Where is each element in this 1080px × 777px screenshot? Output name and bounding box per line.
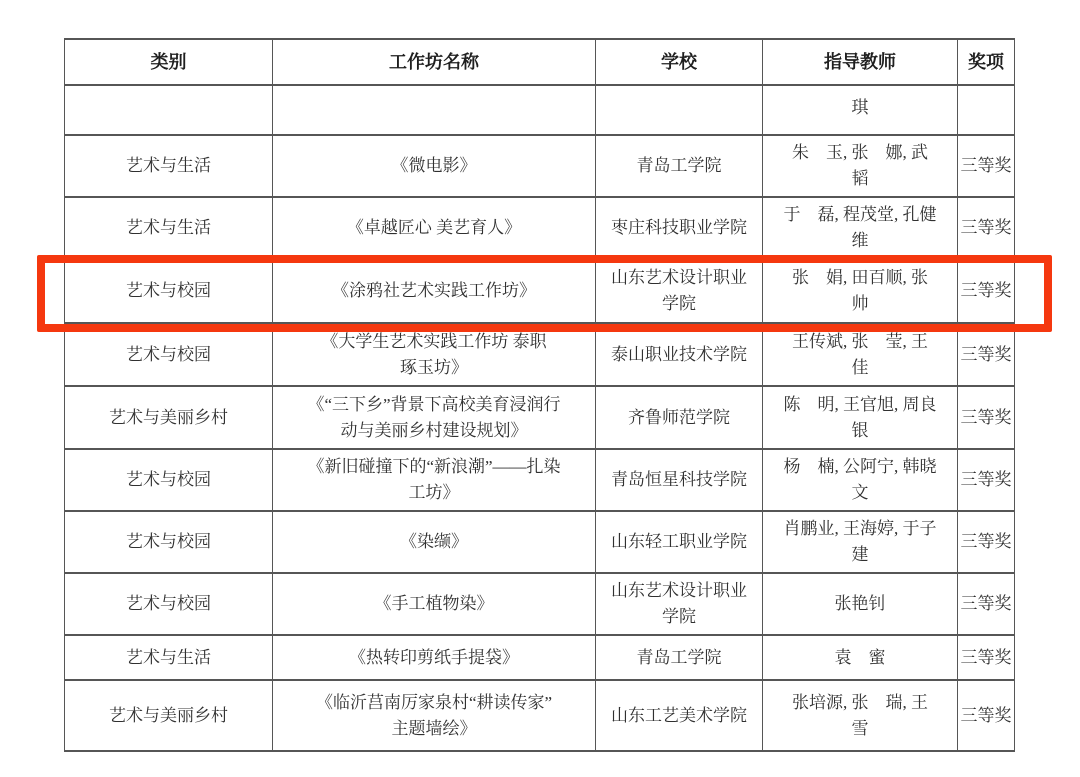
table-row: 艺术与美丽乡村《“三下乡”背景下高校美育浸润行 动与美丽乡村建设规划》齐鲁师范学… [65, 386, 1015, 449]
col-header-workshop-name: 工作坊名称 [273, 39, 596, 85]
category-cell: 艺术与生活 [65, 197, 273, 259]
table-body: 琪艺术与生活《微电影》青岛工学院朱 玉, 张 娜, 武 韬三等奖艺术与生活《卓越… [65, 85, 1015, 751]
category-cell: 艺术与校园 [65, 573, 273, 635]
workshop-cell: 《卓越匠心 美艺育人》 [273, 197, 596, 259]
category-cell: 艺术与校园 [65, 323, 273, 386]
teachers-cell: 朱 玉, 张 娜, 武 韬 [763, 135, 958, 197]
category-cell: 艺术与校园 [65, 259, 273, 323]
workshop-cell: 《热转印剪纸手提袋》 [273, 635, 596, 680]
school-cell: 山东轻工职业学院 [596, 511, 763, 573]
teachers-cell: 张艳钊 [763, 573, 958, 635]
award-cell [958, 85, 1015, 135]
col-header-school: 学校 [596, 39, 763, 85]
col-header-award: 奖项 [958, 39, 1015, 85]
school-cell: 山东艺术设计职业 学院 [596, 573, 763, 635]
category-cell [65, 85, 273, 135]
teachers-cell: 袁 蜜 [763, 635, 958, 680]
award-cell: 三等奖 [958, 680, 1015, 751]
teachers-cell: 肖鹏业, 王海婷, 于子 建 [763, 511, 958, 573]
workshop-cell: 《染缬》 [273, 511, 596, 573]
category-cell: 艺术与校园 [65, 511, 273, 573]
school-cell: 山东艺术设计职业 学院 [596, 259, 763, 323]
award-cell: 三等奖 [958, 386, 1015, 449]
school-cell: 枣庄科技职业学院 [596, 197, 763, 259]
col-header-teachers: 指导教师 [763, 39, 958, 85]
teachers-cell: 张 娟, 田百顺, 张 帅 [763, 259, 958, 323]
school-cell: 青岛工学院 [596, 635, 763, 680]
table-row: 艺术与校园《染缬》山东轻工职业学院肖鹏业, 王海婷, 于子 建三等奖 [65, 511, 1015, 573]
table-row: 琪 [65, 85, 1015, 135]
table-row: 艺术与美丽乡村《临沂莒南厉家泉村“耕读传家” 主题墙绘》山东工艺美术学院张培源,… [65, 680, 1015, 751]
category-cell: 艺术与生活 [65, 135, 273, 197]
workshop-cell [273, 85, 596, 135]
table-row: 艺术与生活《卓越匠心 美艺育人》枣庄科技职业学院于 磊, 程茂堂, 孔健 维三等… [65, 197, 1015, 259]
teachers-cell: 琪 [763, 85, 958, 135]
category-cell: 艺术与美丽乡村 [65, 680, 273, 751]
table-row: 艺术与生活《热转印剪纸手提袋》青岛工学院袁 蜜三等奖 [65, 635, 1015, 680]
award-cell: 三等奖 [958, 635, 1015, 680]
school-cell: 青岛恒星科技学院 [596, 449, 763, 511]
workshop-cell: 《临沂莒南厉家泉村“耕读传家” 主题墙绘》 [273, 680, 596, 751]
table-row: 艺术与生活《微电影》青岛工学院朱 玉, 张 娜, 武 韬三等奖 [65, 135, 1015, 197]
category-cell: 艺术与美丽乡村 [65, 386, 273, 449]
workshop-cell: 《“三下乡”背景下高校美育浸润行 动与美丽乡村建设规划》 [273, 386, 596, 449]
award-cell: 三等奖 [958, 197, 1015, 259]
category-cell: 艺术与生活 [65, 635, 273, 680]
table-row-highlighted: 艺术与校园《涂鸦社艺术实践工作坊》山东艺术设计职业 学院张 娟, 田百顺, 张 … [65, 259, 1015, 323]
header-row: 类别工作坊名称学校指导教师奖项 [65, 39, 1015, 85]
table-row: 艺术与校园《大学生艺术实践工作坊 泰职 琢玉坊》泰山职业技术学院王传斌, 张 莹… [65, 323, 1015, 386]
award-cell: 三等奖 [958, 259, 1015, 323]
school-cell: 青岛工学院 [596, 135, 763, 197]
workshop-cell: 《涂鸦社艺术实践工作坊》 [273, 259, 596, 323]
school-cell: 泰山职业技术学院 [596, 323, 763, 386]
teachers-cell: 张培源, 张 瑞, 王 雪 [763, 680, 958, 751]
category-cell: 艺术与校园 [65, 449, 273, 511]
school-cell: 山东工艺美术学院 [596, 680, 763, 751]
table-row: 艺术与校园《新旧碰撞下的“新浪潮”——扎染 工坊》青岛恒星科技学院杨 楠, 公阿… [65, 449, 1015, 511]
awards-table: 类别工作坊名称学校指导教师奖项 琪艺术与生活《微电影》青岛工学院朱 玉, 张 娜… [64, 38, 1015, 752]
teachers-cell: 王传斌, 张 莹, 王 佳 [763, 323, 958, 386]
award-cell: 三等奖 [958, 323, 1015, 386]
workshop-cell: 《新旧碰撞下的“新浪潮”——扎染 工坊》 [273, 449, 596, 511]
workshop-cell: 《微电影》 [273, 135, 596, 197]
table-row: 艺术与校园《手工植物染》山东艺术设计职业 学院张艳钊三等奖 [65, 573, 1015, 635]
award-cell: 三等奖 [958, 511, 1015, 573]
award-cell: 三等奖 [958, 573, 1015, 635]
workshop-cell: 《手工植物染》 [273, 573, 596, 635]
award-cell: 三等奖 [958, 449, 1015, 511]
teachers-cell: 杨 楠, 公阿宁, 韩晓 文 [763, 449, 958, 511]
col-header-category: 类别 [65, 39, 273, 85]
award-cell: 三等奖 [958, 135, 1015, 197]
document-page: 类别工作坊名称学校指导教师奖项 琪艺术与生活《微电影》青岛工学院朱 玉, 张 娜… [0, 0, 1080, 777]
workshop-cell: 《大学生艺术实践工作坊 泰职 琢玉坊》 [273, 323, 596, 386]
school-cell: 齐鲁师范学院 [596, 386, 763, 449]
teachers-cell: 陈 明, 王官旭, 周良 银 [763, 386, 958, 449]
teachers-cell: 于 磊, 程茂堂, 孔健 维 [763, 197, 958, 259]
school-cell [596, 85, 763, 135]
